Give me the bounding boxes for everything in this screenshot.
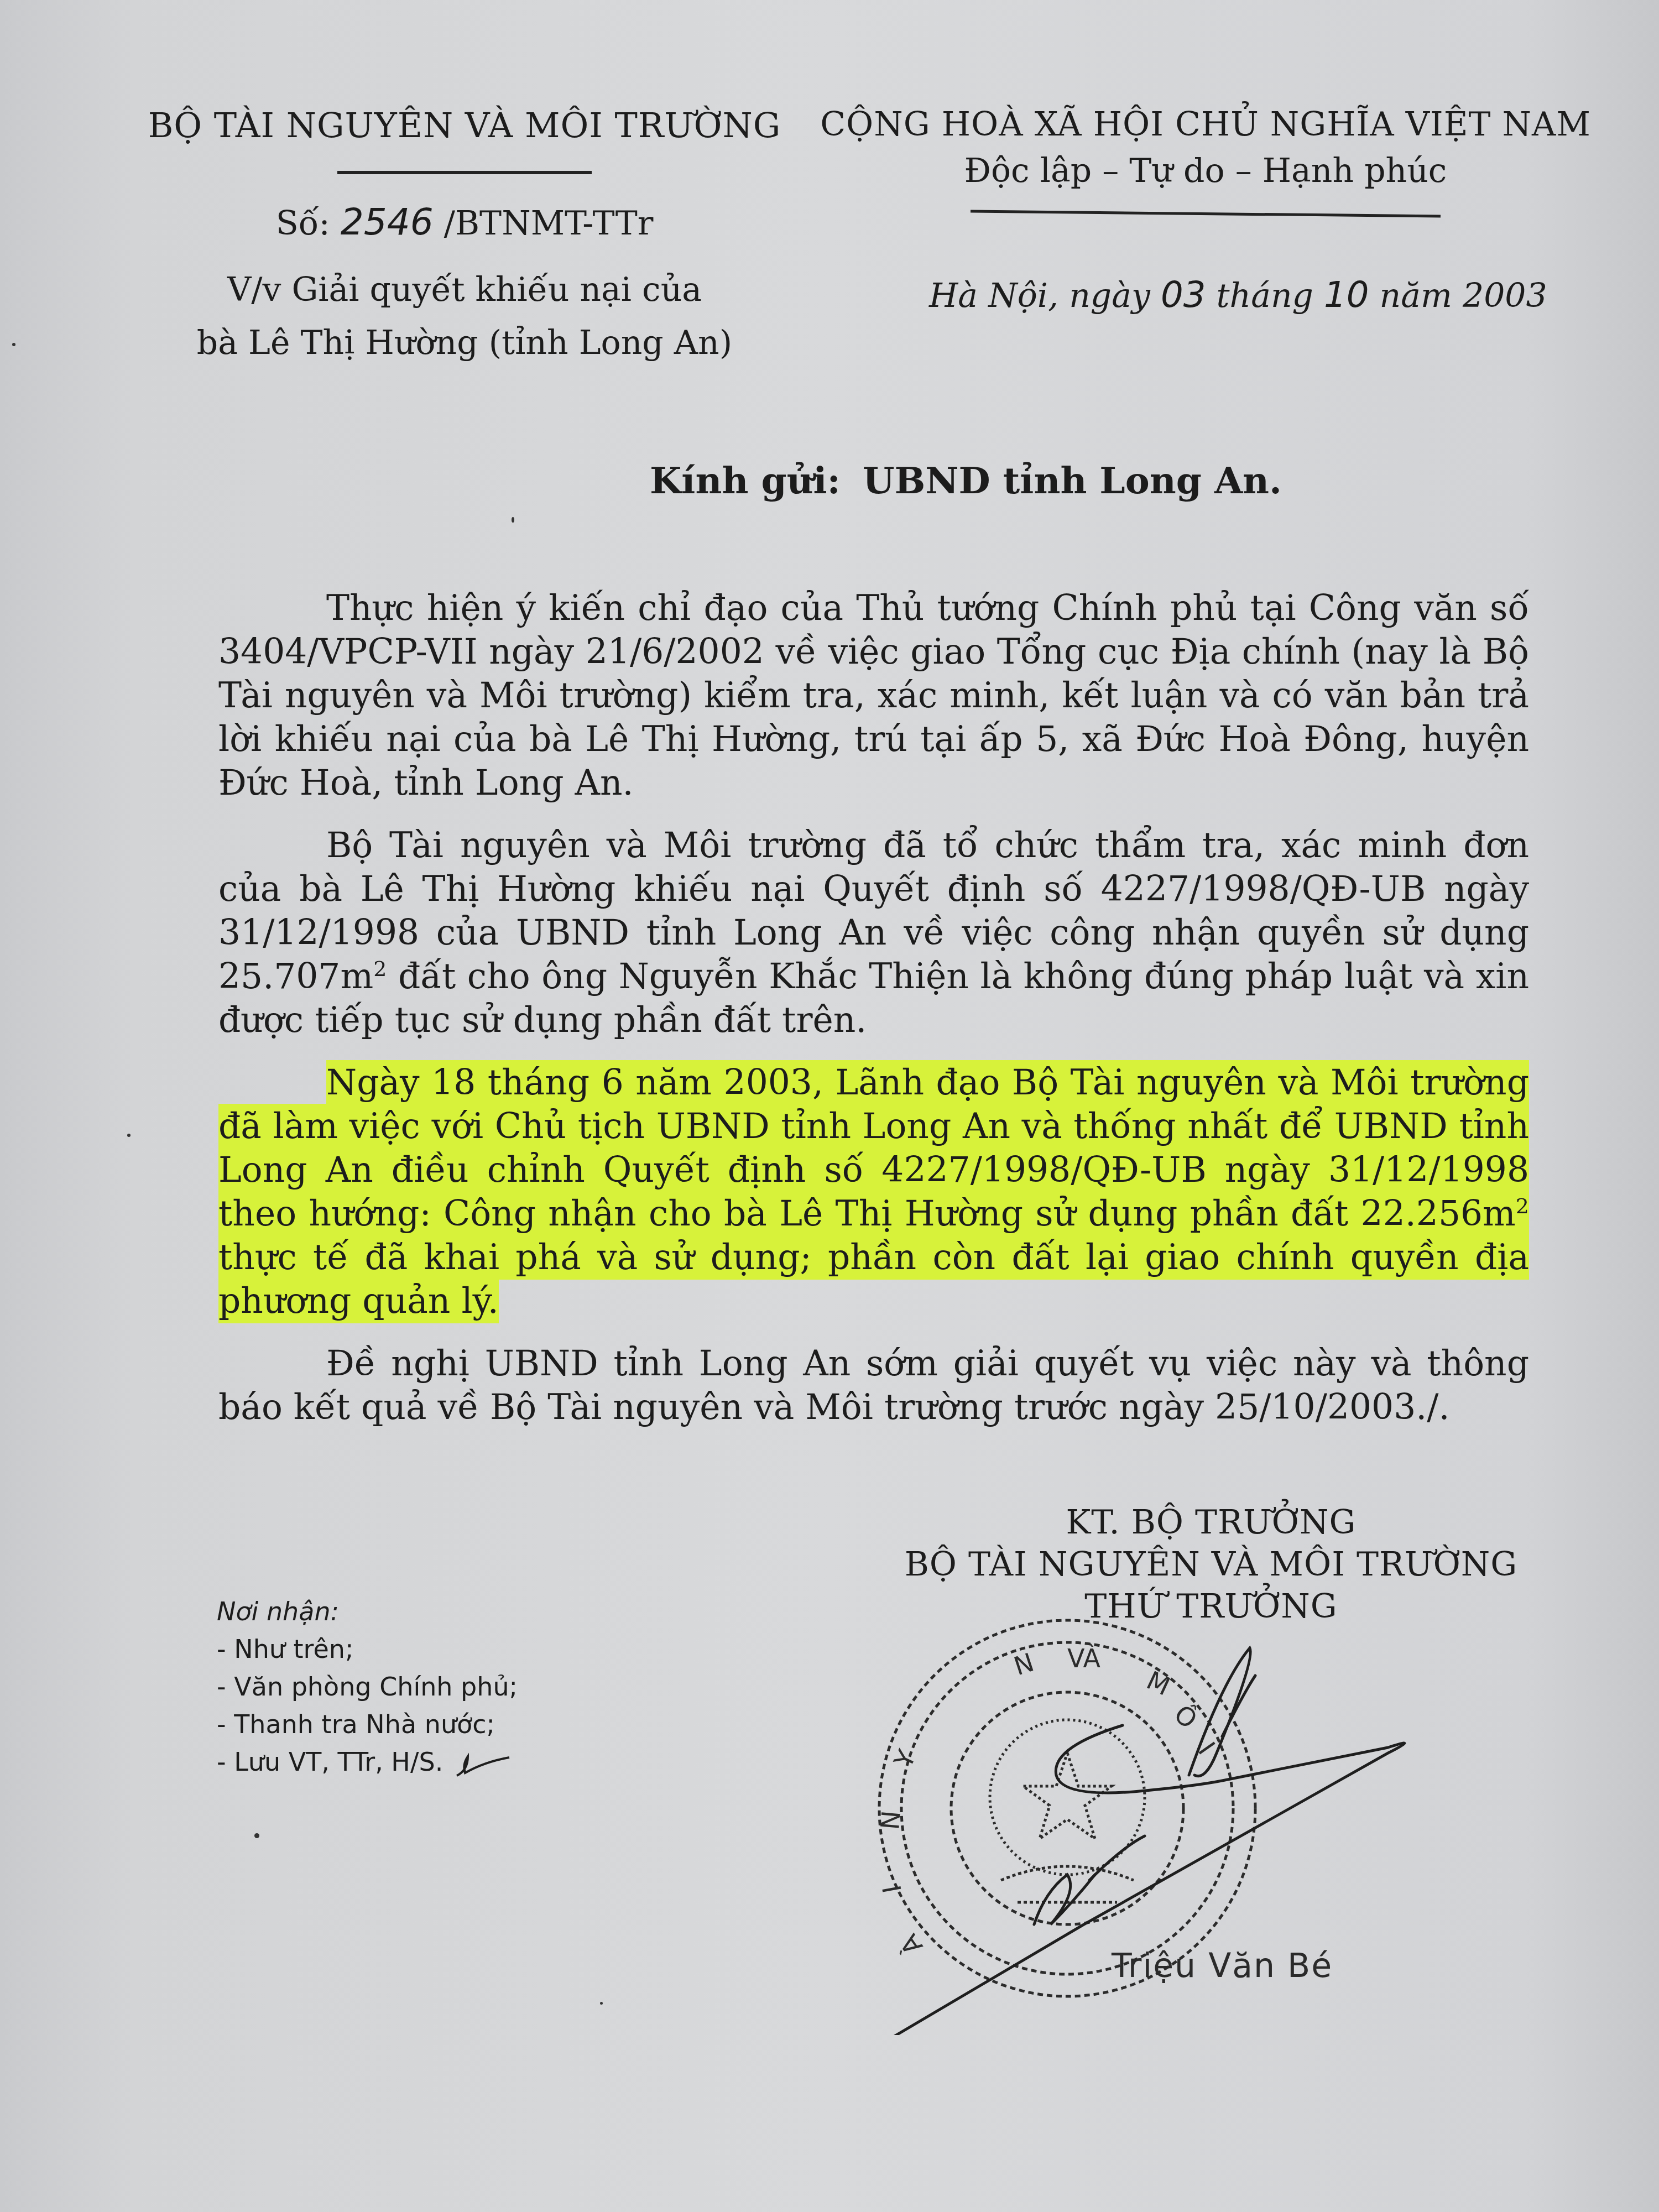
addressee-recipient: UBND tỉnh Long An. [863,459,1282,502]
signature-line-2: BỘ TÀI NGUYÊN VÀ MÔI TRƯỜNG [885,1543,1537,1585]
scan-speck [600,2002,603,2005]
recipient-item: - Văn phòng Chính phủ; [217,1668,518,1705]
recipient-item: - Như trên; [217,1630,518,1668]
scan-speck [12,343,15,346]
highlighted-text: Ngày 18 tháng 6 năm 2003, Lãnh đạo Bộ Tà… [218,1060,1529,1323]
document-number: Số: 2546 /BTNMT-TTr [133,201,796,243]
svg-text:M: M [1142,1665,1175,1702]
addressee-label: Kính gửi: [650,459,841,502]
body-paragraph-3-highlighted: Ngày 18 tháng 6 năm 2003, Lãnh đạo Bộ Tà… [218,1061,1529,1323]
body-paragraph-1: Thực hiện ý kiến chỉ đạo của Thủ tướng C… [218,586,1529,805]
national-motto: Độc lập – Tự do – Hạnh phúc [796,152,1615,190]
scan-speck [254,1833,259,1838]
date-month-label: tháng [1216,276,1313,315]
svg-text:N: N [875,1809,906,1831]
date-month: 10 [1324,275,1369,316]
seal-text: N VÀ M Ô I Y N I À [875,1644,1221,1960]
svg-text:Y: Y [888,1745,922,1773]
scan-speck [127,1134,131,1137]
doc-number-suffix: /BTNMT-TTr [444,204,654,243]
doc-number-label: Số: [276,204,330,243]
svg-text:N: N [1010,1647,1037,1681]
initials-mark-icon [451,1751,512,1778]
letter-body: Thực hiện ý kiến chỉ đạo của Thủ tướng C… [218,586,1529,1448]
scan-speck [512,517,514,523]
svg-text:I: I [877,1883,907,1896]
recipient-item: - Lưu VT, TTr, H/S. [217,1743,518,1781]
addressee: Kính gửi:UBND tỉnh Long An. [650,459,1282,502]
signature-line-1: KT. BỘ TRƯỞNG [885,1501,1537,1543]
date-day: 03 [1161,275,1206,316]
signature-block: KT. BỘ TRƯỞNG BỘ TÀI NGUYÊN VÀ MÔI TRƯỜN… [885,1501,1537,1627]
subject: V/v Giải quyết khiếu nại của bà Lê Thị H… [133,263,796,369]
svg-text:VÀ: VÀ [1067,1644,1101,1673]
recipients-title: Nơi nhận: [217,1593,518,1630]
national-header: CỘNG HOÀ XÃ HỘI CHỦ NGHĨA VIỆT NAM Độc l… [796,105,1615,316]
official-seal-icon [879,1620,1255,1996]
subject-line-2: bà Lê Thị Hường (tỉnh Long An) [133,316,796,369]
body-paragraph-4: Đề nghị UBND tỉnh Long An sớm giải quyết… [218,1342,1529,1429]
body-paragraph-2: Bộ Tài nguyên và Môi trường đã tổ chức t… [218,823,1529,1042]
date-place: Hà Nội, ngày [929,276,1150,315]
recipients-list: Nơi nhận: - Như trên; - Văn phòng Chính … [217,1593,518,1781]
issuer-underline [337,171,592,174]
issuer-block: BỘ TÀI NGUYÊN VÀ MÔI TRƯỜNG Số: 2546 /BT… [133,105,796,369]
doc-number-handwritten: 2546 [341,201,434,243]
svg-text:À: À [894,1928,928,1960]
motto-underline [971,210,1441,218]
signer-name: Triệu Văn Bé [1112,1947,1333,1985]
date-line: Hà Nội, ngày 03 tháng 10 năm 2003 [929,275,1615,316]
issuing-ministry: BỘ TÀI NGUYÊN VÀ MÔI TRƯỜNG [133,105,796,145]
svg-text:Ô: Ô [1168,1698,1203,1734]
nation-title: CỘNG HOÀ XÃ HỘI CHỦ NGHĨA VIỆT NAM [796,105,1615,144]
recipient-item: - Thanh tra Nhà nước; [217,1705,518,1743]
subject-line-1: V/v Giải quyết khiếu nại của [133,263,796,316]
date-year: năm 2003 [1380,276,1547,315]
